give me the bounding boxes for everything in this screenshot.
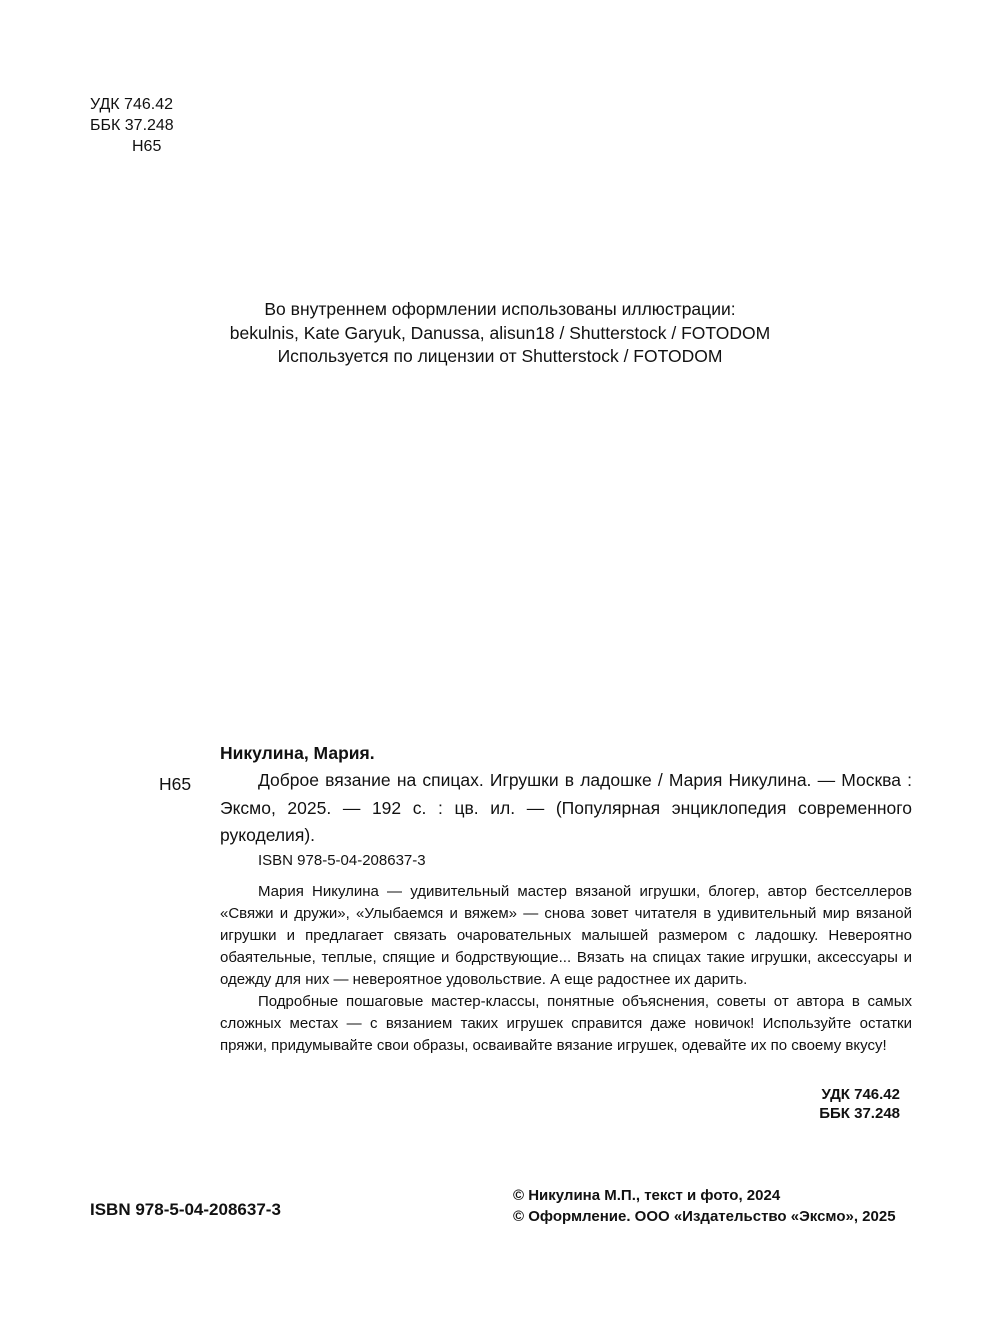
udk-code: УДК 746.42 <box>90 94 174 115</box>
isbn-footer: ISBN 978-5-04-208637-3 <box>90 1200 281 1220</box>
bottom-classification-codes: УДК 746.42 ББК 37.248 <box>700 1085 900 1123</box>
illustration-credits: Во внутреннем оформлении использованы ил… <box>0 298 1000 369</box>
udk-code-bottom: УДК 746.42 <box>700 1085 900 1104</box>
book-description: Доброе вязание на спицах. Игрушки в ладо… <box>220 767 912 850</box>
credits-line-1: Во внутреннем оформлении использованы ил… <box>0 298 1000 322</box>
annotation-paragraph-2: Подробные пошаговые мастер-классы, понят… <box>220 991 912 1057</box>
copyright-line-1: © Никулина М.П., текст и фото, 2024 <box>513 1185 896 1206</box>
isbn-line: ISBN 978-5-04-208637-3 <box>258 852 426 869</box>
author-mark: Н65 <box>90 136 174 157</box>
annotation-paragraph-1: Мария Никулина — удивительный мастер вяз… <box>220 881 912 991</box>
credits-line-2: bekulnis, Kate Garyuk, Danussa, alisun18… <box>0 322 1000 346</box>
author-mark-side: Н65 <box>159 774 191 795</box>
annotation: Мария Никулина — удивительный мастер вяз… <box>220 881 912 1057</box>
top-classification-codes: УДК 746.42 ББК 37.248 Н65 <box>90 94 174 157</box>
bibliographic-description: Доброе вязание на спицах. Игрушки в ладо… <box>220 767 912 850</box>
bbk-code: ББК 37.248 <box>90 115 174 136</box>
copyright-line-2: © Оформление. ООО «Издательство «Эксмо»,… <box>513 1206 896 1227</box>
bbk-code-bottom: ББК 37.248 <box>700 1104 900 1123</box>
copyright-block: © Никулина М.П., текст и фото, 2024 © Оф… <box>513 1185 896 1227</box>
credits-line-3: Используется по лицензии от Shutterstock… <box>0 345 1000 369</box>
author-heading: Никулина, Мария. <box>220 743 375 764</box>
